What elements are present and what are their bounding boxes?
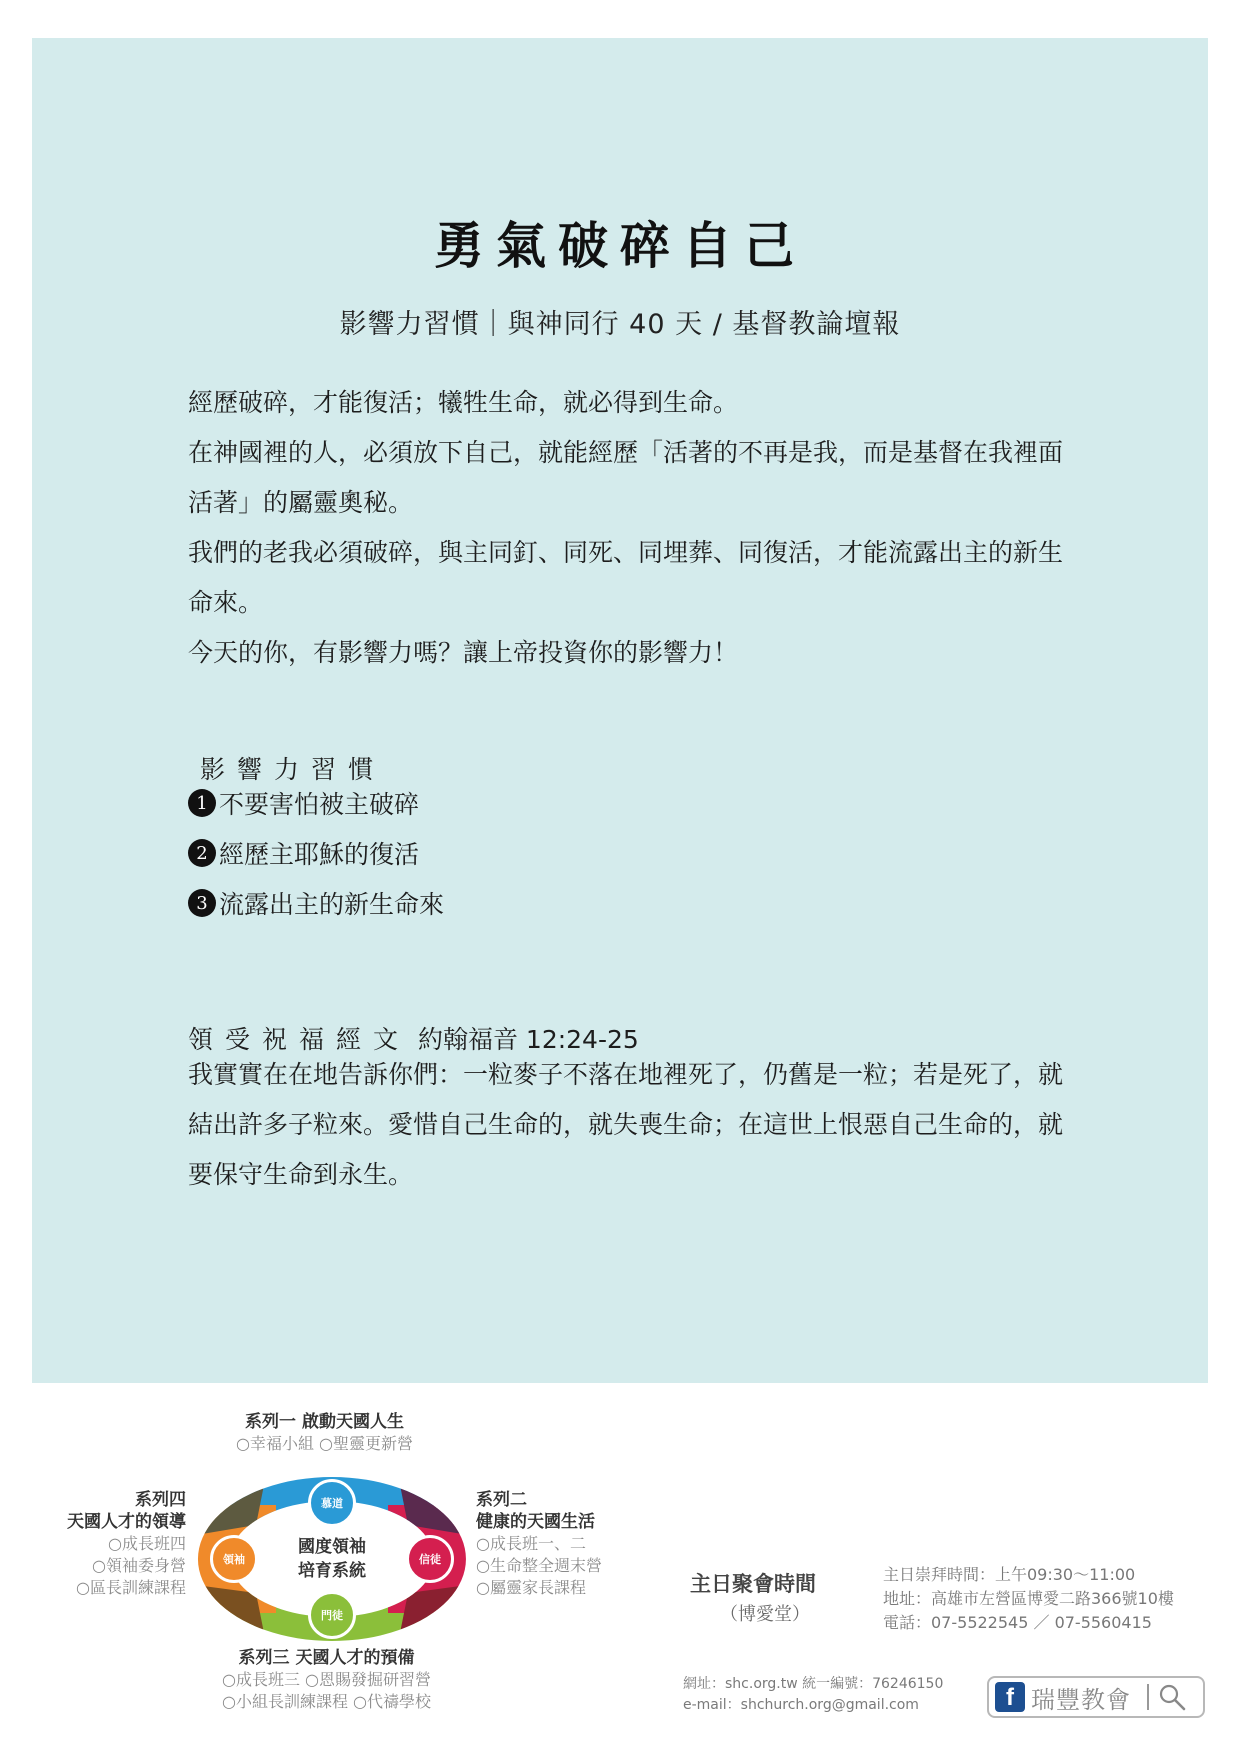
- habits-heading: 影響力習慣: [200, 750, 385, 786]
- habit-text: 經歷主耶穌的復活: [219, 835, 419, 871]
- series-heading: 天國人才的領導: [46, 1511, 186, 1533]
- node-seeker: 慕道: [308, 1479, 356, 1527]
- paragraph: 今天的你，有影響力嗎？讓上帝投資你的影響力！: [188, 628, 1068, 678]
- footer: 系列一 啟動天國人生 ○幸福小組 ○聖靈更新營 系列二 健康的天國生活 ○成長班…: [0, 1383, 1241, 1755]
- divider: [1147, 1684, 1149, 1710]
- series-heading: 系列二: [476, 1489, 602, 1511]
- article-body: 經歷破碎，才能復活；犧牲生命，就必得到生命。 在神國裡的人，必須放下自己，就能經…: [188, 378, 1068, 678]
- series-one: 系列一 啟動天國人生 ○幸福小組 ○聖靈更新營: [236, 1411, 413, 1455]
- number-badge-icon: 1: [188, 789, 216, 817]
- paragraph: 我們的老我必須破碎，與主同釘、同死、同埋葬、同復活，才能流露出主的新生命來。: [188, 528, 1068, 628]
- facebook-search-badge[interactable]: f 瑞豐教會: [987, 1676, 1205, 1718]
- series-item: ○屬靈家長課程: [476, 1577, 602, 1599]
- series-item: ○小組長訓練課程 ○代禱學校: [222, 1691, 431, 1713]
- node-disciple: 門徒: [308, 1591, 356, 1639]
- article-panel: 勇氣破碎自己 影響力習慣｜與神同行 40 天 / 基督教論壇報 經歷破碎，才能復…: [32, 38, 1208, 1383]
- diagram-center-label: 國度領袖 培育系統: [196, 1535, 468, 1583]
- facebook-icon: f: [995, 1682, 1025, 1712]
- meeting-title: 主日聚會時間: [690, 1568, 816, 1598]
- number-badge-icon: 2: [188, 839, 216, 867]
- email-link[interactable]: e-mail：shchurch.org@gmail.com: [683, 1695, 943, 1716]
- meeting-info: 主日崇拜時間：上午09:30～11:00 地址：高雄市左營區博愛二路366號10…: [883, 1563, 1174, 1635]
- verse-text: 我實實在在地告訴你們：一粒麥子不落在地裡死了，仍舊是一粒；若是死了，就結出許多子…: [188, 1050, 1068, 1200]
- center-line: 培育系統: [196, 1559, 468, 1583]
- search-icon: [1157, 1682, 1187, 1712]
- series-heading: 系列四: [46, 1489, 186, 1511]
- center-line: 國度領袖: [196, 1535, 468, 1559]
- habit-item: 3 流露出主的新生命來: [188, 885, 444, 921]
- number-badge-icon: 3: [188, 889, 216, 917]
- series-four: 系列四 天國人才的領導 ○成長班四 ○領袖委身營 ○區長訓練課程: [46, 1489, 186, 1599]
- article-subtitle: 影響力習慣｜與神同行 40 天 / 基督教論壇報: [32, 302, 1208, 341]
- facebook-page-name: 瑞豐教會: [1031, 1680, 1131, 1715]
- habit-text: 不要害怕被主破碎: [219, 785, 419, 821]
- website-link[interactable]: 網址：shc.org.tw 統一編號：76246150: [683, 1674, 943, 1695]
- paragraph: 經歷破碎，才能復活；犧牲生命，就必得到生命。: [188, 378, 1068, 428]
- series-heading: 健康的天國生活: [476, 1511, 602, 1533]
- series-item: ○生命整全週末營: [476, 1555, 602, 1577]
- address: 地址：高雄市左營區博愛二路366號10樓: [883, 1587, 1174, 1611]
- habit-text: 流露出主的新生命來: [219, 885, 444, 921]
- habit-item: 1 不要害怕被主破碎: [188, 785, 419, 821]
- contact-info: 網址：shc.org.tw 統一編號：76246150 e-mail：shchu…: [683, 1674, 943, 1716]
- series-item: ○幸福小組 ○聖靈更新營: [236, 1433, 413, 1455]
- series-item: ○區長訓練課程: [46, 1577, 186, 1599]
- series-heading: 系列一 啟動天國人生: [236, 1411, 413, 1433]
- series-item: ○成長班一、二: [476, 1533, 602, 1555]
- series-heading: 系列三 天國人才的預備: [222, 1647, 431, 1669]
- series-three: 系列三 天國人才的預備 ○成長班三 ○恩賜發掘研習營 ○小組長訓練課程 ○代禱學…: [222, 1647, 431, 1713]
- series-item: ○成長班四: [46, 1533, 186, 1555]
- series-item: ○成長班三 ○恩賜發掘研習營: [222, 1669, 431, 1691]
- habit-item: 2 經歷主耶穌的復活: [188, 835, 419, 871]
- series-two: 系列二 健康的天國生活 ○成長班一、二 ○生命整全週末營 ○屬靈家長課程: [476, 1489, 602, 1599]
- service-time: 主日崇拜時間：上午09:30～11:00: [883, 1563, 1174, 1587]
- meeting-location: （博愛堂）: [720, 1600, 810, 1626]
- series-item: ○領袖委身營: [46, 1555, 186, 1577]
- article-title: 勇氣破碎自己: [32, 206, 1208, 278]
- leadership-cycle-diagram: 慕道 信徒 門徒 領袖 國度領袖 培育系統: [196, 1475, 468, 1643]
- phone: 電話：07-5522545 ／ 07-5560415: [883, 1611, 1174, 1635]
- paragraph: 在神國裡的人，必須放下自己，就能經歷「活著的不再是我，而是基督在我裡面活著」的屬…: [188, 428, 1068, 528]
